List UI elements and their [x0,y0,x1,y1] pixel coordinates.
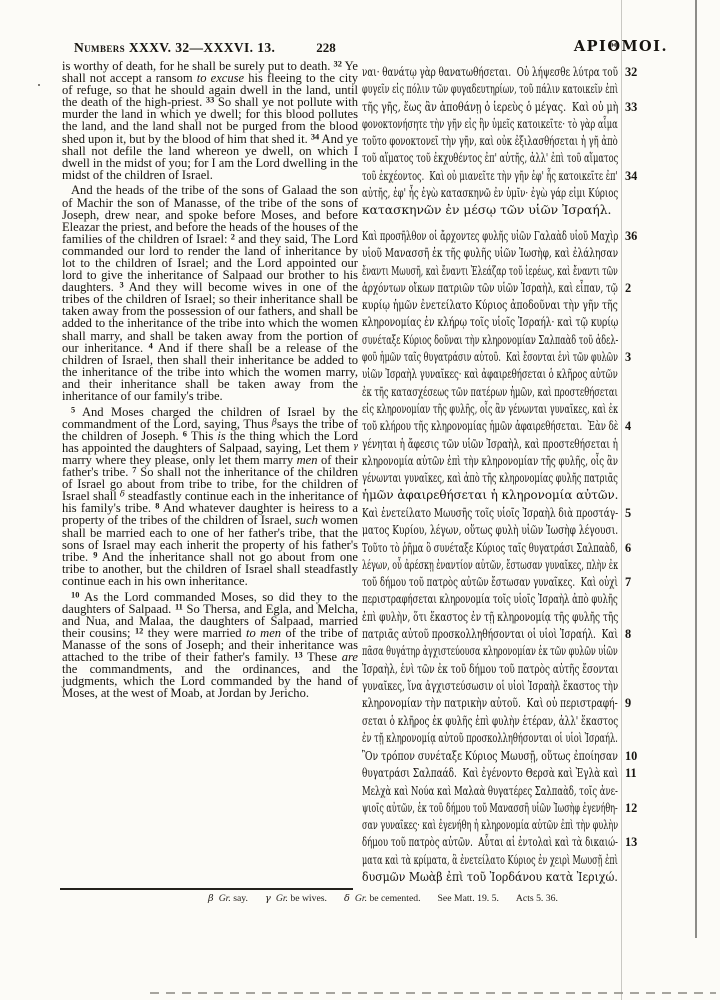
verse-number: 13 [294,651,302,660]
greek-text: κυρίῳ ἡμῶν ἐνετείλατο Κύριος ἀποδοῦναι τ… [362,297,618,314]
greek-line: Τοῦτο τὸ ῥῆμα ὃ συνέταξε Κύριος ταῖς θυγ… [362,540,664,557]
greek-line: κυρίῳ ἡμῶν ἐνετείλατο Κύριος ἀποδοῦναι τ… [362,297,664,314]
greek-line: δυσμῶν Μωὰβ ἐπὶ τοῦ Ἰορδάνου κατὰ Ἰεριχώ… [362,869,664,886]
greek-text: τοῦτο φονοκτονεῖ τὴν γῆν, καὶ οὐκ ἐξιλασ… [362,133,618,150]
footnote-gr-label: Gr. [276,893,291,904]
greek-text: τοῦ ἐκχέοντος. Καὶ οὐ μιανεῖτε τὴν γῆν ἐ… [362,168,618,185]
greek-line: τῆς γῆς, ἕως ἂν ἀποθάνῃ ὁ ἱερεὺς ὁ μέγας… [362,99,664,116]
greek-line: ψιοῖς αὐτῶν, ἐκ τοῦ δήμου τοῦ Μανασσῆ υἱ… [362,800,664,817]
greek-text: Καὶ ἐνετείλατο Μωυσῆς τοῖς υἱοῖς Ἰσραὴλ … [362,505,618,522]
greek-text: τοῦ κλήρου τῆς κληρονομίας ἡμῶν ἀφαιρεθή… [362,418,618,435]
footnote-gr-label: Gr. [355,893,370,904]
footnote-marker: γ [265,893,274,904]
greek-verse-number: 13 [625,834,663,851]
greek-text: πᾶσα θυγάτηρ ἀγχιστεύουσα κληρονομίαν ἐκ… [362,643,618,660]
greek-text: γένωνται γυναῖκες, καὶ ἀπὸ τῆς κληρονομί… [362,470,618,487]
greek-text: τῆς γῆς, ἕως ἂν ἀποθάνῃ ὁ ἱερεὺς ὁ μέγας… [362,99,618,116]
greek-line: δήμου τοῦ πατρὸς αὐτῶν. Αὗται αἱ ἐντολαὶ… [362,834,664,851]
greek-text: περιστραφήσεται κληρονομία τοῖς υἱοῖς Ἰσ… [362,591,618,608]
greek-line: ἡμῶν ἀφαιρεθήσεται ἡ κληρονομία αὐτῶν. [362,487,664,504]
greek-text: Τοῦτο τὸ ῥῆμα ὃ συνέταξε Κύριος ταῖς θυγ… [362,540,618,557]
greek-line: κατασκηνῶν ἐν μέσῳ τῶν υἱῶν Ἰσραήλ. [362,202,664,219]
footnote-row: β Gr. say.γ Gr. be wives.δ Gr. be cement… [208,893,688,904]
greek-verse-number: 11 [625,765,663,782]
footnote-marker: δ [344,893,353,904]
greek-text: κληρονομία αὐτῶν ἐπὶ τὴν κληρονομίαν τῆς… [362,453,618,470]
greek-line: Μελχὰ καὶ Νούα καὶ Μαλαὰ θυγατέρες Σαλπα… [362,783,664,800]
footnote-item: Acts 5. 36. [516,893,558,904]
english-paragraph: 5 And Moses charged the children of Isra… [62,406,358,587]
greek-paragraph: ναι· θανάτῳ γὰρ θανατωθήσεται. Οὐ λήψεσθ… [362,64,664,220]
footnote-rule [60,888,353,890]
english-paragraph: 10 As the Lord commanded Moses, so did t… [62,591,358,700]
greek-verse-number: 8 [625,626,663,643]
greek-text: ματος Κυρίου, λέγων, οὕτως φυλὴ υἱῶν Ἰωσ… [362,522,618,539]
greek-text: πατριᾶς αὐτοῦ προσκολληθήσονται οἱ υἱοὶ … [362,626,618,643]
greek-line: τοῦ δήμου τοῦ πατρὸς αὐτῶν ἔστωσαν γυναῖ… [362,574,664,591]
greek-text: σεται ὁ κλῆρος ἐκ φυλῆς ἐπὶ φυλὴν ἑτέραν… [362,713,618,730]
greek-text: φονοκτονήσητε τὴν γῆν εἰς ἣν ὑμεῖς κατοι… [362,116,618,133]
footnote-gr-label: Gr. [219,893,234,904]
greek-line: λέγων, οὗ ἀρέσκῃ ἐναντίον αὐτῶν, ἔστωσαν… [362,557,664,574]
greek-line: κληρονομίαν τὴν πατρικὴν αὐτοῦ. Καὶ οὐ π… [362,695,664,712]
greek-line: τοῦτο φονοκτονεῖ τὴν γῆν, καὶ οὐκ ἐξιλασ… [362,133,664,150]
greek-text: Ἰσραὴλ, ἑνὶ τῶν ἐκ τοῦ δήμου τοῦ πατρὸς … [362,661,618,678]
greek-text: ἀρχόντων οἴκων πατριῶν τῶν υἱῶν Ἰσραὴλ, … [362,280,618,297]
scan-page-edge-line [695,0,697,938]
scanned-book-page: Numbers XXXV. 32—XXXVI. 13. 228 ΑΡΙΘΜΟΙ.… [0,0,720,1000]
greek-text: ἐν τῇ κληρονομίᾳ αὐτοῦ προσκολληθήσονται… [362,730,618,747]
greek-line: κληρονομίας ἐν κλήρῳ τοῖς υἱοῖς Ἰσραήλ· … [362,314,664,331]
greek-verse-number: 7 [625,574,663,591]
greek-verse-number: 10 [625,748,663,765]
greek-text: δήμου τοῦ πατρὸς αὐτῶν. Αὗται αἱ ἐντολαὶ… [362,834,618,851]
english-column: is worthy of death, for he shall be sure… [62,60,358,703]
greek-paragraph: Καὶ ἐνετείλατο Μωυσῆς τοῖς υἱοῖς Ἰσραὴλ … [362,505,664,747]
greek-text: υἱῶν Ἰσραὴλ γυναῖκες· καὶ ἀφαιρεθήσεται … [362,366,618,383]
greek-verse-number: 5 [625,505,663,522]
greek-text: κληρονομίαν τὴν πατρικὴν αὐτοῦ. Καὶ οὐ π… [362,695,618,712]
greek-verse-number: 9 [625,695,663,712]
greek-line: πᾶσα θυγάτηρ ἀγχιστεύουσα κληρονομίαν ἐκ… [362,643,664,660]
greek-line: φυγεῖν εἰς πόλιν τῶν φυγαδευτηρίων, τοῦ … [362,81,664,98]
greek-line: περιστραφήσεται κληρονομία τοῖς υἱοῖς Ἰσ… [362,591,664,608]
greek-line: ναι· θανάτῳ γὰρ θανατωθήσεται. Οὐ λήψεσθ… [362,64,664,81]
greek-text: Ὃν τρόπον συνέταξε Κύριος Μωυσῇ, οὕτως ἐ… [362,748,618,765]
greek-line: φονοκτονήσητε τὴν γῆν εἰς ἣν ὑμεῖς κατοι… [362,116,664,133]
greek-line: σεται ὁ κλῆρος ἐκ φυλῆς ἐπὶ φυλὴν ἑτέραν… [362,713,664,730]
greek-text: Μελχὰ καὶ Νούα καὶ Μαλαὰ θυγατέρες Σαλπα… [362,783,618,800]
greek-line: γυναῖκες, ἵνα ἀγχιστεύσωσιν οἱ υἱοὶ Ἰσρα… [362,678,664,695]
greek-line: εἰς κληρονομίαν τῆς φυλῆς, οἷς ἂν γένωντ… [362,401,664,418]
greek-text: εἰς κληρονομίαν τῆς φυλῆς, οἷς ἂν γένωντ… [362,401,618,418]
greek-verse-number: 33 [625,99,663,116]
greek-line: τοῦ κλήρου τῆς κληρονομίας ἡμῶν ἀφαιρεθή… [362,418,664,435]
text-segment: And the inheritance shall not go about f… [62,550,358,588]
greek-line: γένωνται γυναῖκες, καὶ ἀπὸ τῆς κληρονομί… [362,470,664,487]
greek-text: Καὶ προσῆλθον οἱ ἄρχοντες φυλῆς υἱῶν Γαλ… [362,228,618,245]
greek-line: υἱῶν Ἰσραὴλ γυναῖκες· καὶ ἀφαιρεθήσεται … [362,366,664,383]
verse-number: 34 [311,132,319,141]
greek-line: Καὶ προσῆλθον οἱ ἄρχοντες φυλῆς υἱῶν Γαλ… [362,228,664,245]
footnote-marker: β [208,893,217,904]
english-paragraph: And the heads of the tribe of the sons o… [62,184,358,402]
text-segment: the commandments, and the ordinances, an… [62,662,358,700]
footnote-marker: γ [353,440,358,450]
greek-verse-number: 2 [625,280,663,297]
greek-line: πατριᾶς αὐτοῦ προσκολληθήσονται οἱ υἱοὶ … [362,626,664,643]
greek-text: αὐτῆς, ἐφ' ἧς ἐγὼ κατασκηνῶ ἐν ὑμῖν· ἐγὼ… [362,185,618,202]
footnote-item: γ Gr. be wives. [265,893,327,904]
greek-line: υἱοῦ Μανασσῆ ἐκ τῆς φυλῆς υἱῶν Ἰωσὴφ, κα… [362,245,664,262]
english-paragraph: is worthy of death, for he shall be sure… [62,60,358,181]
greek-text: συνέταξε Κύριος δοῦναι τὴν κληρονομίαν Σ… [362,332,618,349]
greek-line: Καὶ ἐνετείλατο Μωυσῆς τοῖς υἱοῖς Ἰσραὴλ … [362,505,664,522]
greek-line: ἔναντι Μωυσῆ, καὶ ἔναντι Ἐλεάζαρ τοῦ ἱερ… [362,263,664,280]
footnote-item: δ Gr. be cemented. [344,893,421,904]
greek-text: ναι· θανάτῳ γὰρ θανατωθήσεται. Οὐ λήψεσθ… [362,64,618,81]
greek-verse-number: 6 [625,540,663,557]
greek-text: υἱοῦ Μανασσῆ ἐκ τῆς φυλῆς υἱῶν Ἰωσὴφ, κα… [362,245,618,262]
greek-text: θυγατράσι Σαλπαάδ. Καὶ ἐγένοντο Θερσὰ κα… [362,765,618,782]
greek-text: δυσμῶν Μωὰβ ἐπὶ τοῦ Ἰορδάνου κατὰ Ἰεριχώ… [362,869,618,886]
greek-verse-number: 36 [625,228,663,245]
greek-verse-number: 34 [625,168,663,185]
greek-line: ματος Κυρίου, λέγων, οὕτως φυλὴ υἱῶν Ἰωσ… [362,522,664,539]
greek-verse-number: 12 [625,800,663,817]
footnote-item: β Gr. say. [208,893,248,904]
greek-paragraph: Ὃν τρόπον συνέταξε Κύριος Μωυσῇ, οὕτως ἐ… [362,748,664,886]
greek-verse-number: 32 [625,64,663,81]
greek-text: φοῦ ἡμῶν ταῖς θυγατράσιν αὐτοῦ. Καὶ ἔσον… [362,349,618,366]
greek-line: αὐτῆς, ἐφ' ἧς ἐγὼ κατασκηνῶ ἐν ὑμῖν· ἐγὼ… [362,185,664,202]
greek-line: ματα καὶ τὰ κρίματα, ἃ ἐνετείλατο Κύριος… [362,852,664,869]
greek-line: φοῦ ἡμῶν ταῖς θυγατράσιν αὐτοῦ. Καὶ ἔσον… [362,349,664,366]
greek-text: ματα καὶ τὰ κρίματα, ἃ ἐνετείλατο Κύριος… [362,852,618,869]
greek-line: τοῦ ἐκχέοντος. Καὶ οὐ μιανεῖτε τὴν γῆν ἐ… [362,168,664,185]
greek-verse-number: 4 [625,418,663,435]
greek-line: σαν γυναῖκες· καὶ ἐγενήθη ἡ κληρονομία α… [362,817,664,834]
greek-text: γυναῖκες, ἵνα ἀγχιστεύσωσιν οἱ υἱοὶ Ἰσρα… [362,678,618,695]
greek-text: ἐκ τῆς κατασχέσεως τῶν πατέρων ἡμῶν, καὶ… [362,384,618,401]
greek-line: θυγατράσι Σαλπαάδ. Καὶ ἐγένοντο Θερσὰ κα… [362,765,664,782]
verse-number: 33 [206,96,214,105]
greek-text: ψιοῖς αὐτῶν, ἐκ τοῦ δήμου τοῦ Μανασσῆ υἱ… [362,800,618,817]
scan-speck [38,84,40,86]
greek-line: κληρονομία αὐτῶν ἐπὶ τὴν κληρονομίαν τῆς… [362,453,664,470]
scan-bottom-edge [150,992,716,994]
greek-paragraph: Καὶ προσῆλθον οἱ ἄρχοντες φυλῆς υἱῶν Γαλ… [362,228,664,505]
greek-text: σαν γυναῖκες· καὶ ἐγενήθη ἡ κληρονομία α… [362,817,618,834]
greek-line: συνέταξε Κύριος δοῦναι τὴν κληρονομίαν Σ… [362,332,664,349]
greek-text: τοῦ δήμου τοῦ πατρὸς αὐτῶν ἔστωσαν γυναῖ… [362,574,618,591]
greek-line: τοῦ αἵματος τοῦ ἐκχυθέντος ἐπ' αὐτῆς, ἀλ… [362,150,664,167]
greek-verse-number: 3 [625,349,663,366]
page-number: 228 [300,40,352,56]
greek-line: ἐκ τῆς κατασχέσεως τῶν πατέρων ἡμῶν, καὶ… [362,384,664,401]
greek-line: γένηται ἡ ἄφεσις τῶν υἱῶν Ἰσραὴλ, καὶ πρ… [362,436,664,453]
greek-text: ἐπὶ φυλὴν, ὅτι ἕκαστος ἐν τῇ κληρονομίᾳ … [362,609,618,626]
greek-text: λέγων, οὗ ἀρέσκῃ ἐναντίον αὐτῶν, ἔστωσαν… [362,557,618,574]
greek-text: φυγεῖν εἰς πόλιν τῶν φυγαδευτηρίων, τοῦ … [362,81,618,98]
running-head-reference: Numbers XXXV. 32—XXXVI. 13. [74,40,275,56]
footnote-item: See Matt. 19. 5. [438,893,499,904]
greek-line: Ὃν τρόπον συνέταξε Κύριος Μωυσῇ, οὕτως ἐ… [362,748,664,765]
greek-text: τοῦ αἵματος τοῦ ἐκχυθέντος ἐπ' αὐτῆς, ἀλ… [362,150,618,167]
verse-number: 11 [175,602,183,611]
greek-text: ἡμῶν ἀφαιρεθήσεται ἡ κληρονομία αὐτῶν. [362,487,618,504]
greek-line: ἀρχόντων οἴκων πατριῶν τῶν υἱῶν Ἰσραὴλ, … [362,280,664,297]
greek-line: ἐπὶ φυλὴν, ὅτι ἕκαστος ἐν τῇ κληρονομίᾳ … [362,609,664,626]
greek-text: κληρονομίας ἐν κλήρῳ τοῖς υἱοῖς Ἰσραήλ· … [362,314,618,331]
greek-text: ἔναντι Μωυσῆ, καὶ ἔναντι Ἐλεάζαρ τοῦ ἱερ… [362,263,618,280]
verse-number: 32 [334,60,342,69]
greek-text: κατασκηνῶν ἐν μέσῳ τῶν υἱῶν Ἰσραήλ. [362,202,611,219]
greek-text: γένηται ἡ ἄφεσις τῶν υἱῶν Ἰσραὴλ, καὶ πρ… [362,436,618,453]
scan-gutter-line [621,0,622,1000]
greek-line: ἐν τῇ κληρονομίᾳ αὐτοῦ προσκολληθήσονται… [362,730,664,747]
greek-line: Ἰσραὴλ, ἑνὶ τῶν ἐκ τοῦ δήμου τοῦ πατρὸς … [362,661,664,678]
